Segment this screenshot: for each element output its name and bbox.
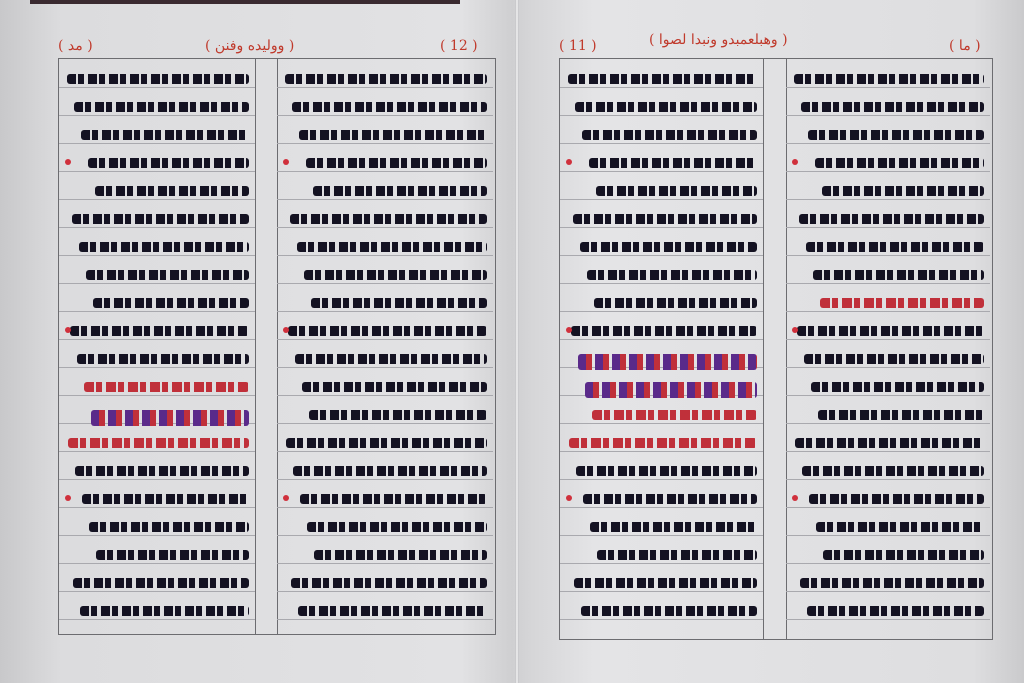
red-punctuation-mark [566, 159, 572, 165]
ruled-line [786, 479, 990, 480]
ruled-line [786, 563, 990, 564]
script-text-line [297, 242, 487, 252]
ruled-line [59, 591, 255, 592]
script-text-line [795, 438, 984, 448]
ruled-line [277, 311, 493, 312]
ruled-line [59, 283, 255, 284]
left-column-divider-2 [277, 59, 278, 634]
script-text-line [311, 298, 487, 308]
script-text-line [304, 270, 487, 280]
script-text-line [314, 550, 487, 560]
ruled-line [59, 199, 255, 200]
red-punctuation-mark [792, 495, 798, 501]
script-text-line [823, 550, 984, 560]
script-text-line [291, 578, 487, 588]
ruled-line [560, 619, 763, 620]
ruled-line [560, 87, 763, 88]
script-text-line [575, 102, 757, 112]
ruled-line [786, 143, 990, 144]
ruled-line [786, 591, 990, 592]
ruled-line [59, 479, 255, 480]
ruled-line [786, 199, 990, 200]
ruled-line [560, 451, 763, 452]
ruled-line [786, 227, 990, 228]
ruled-line [786, 619, 990, 620]
right-page: ( 11 ) ( وهبلعمبدو ونبدا لصوا ) ( ما ) [519, 0, 1024, 683]
script-text-line [576, 466, 757, 476]
manuscript-spread: ( مد ) ( ووليده وفنن ) ( 12 ) ( 11 ) ( و… [0, 0, 1024, 683]
left-column-divider [255, 59, 256, 634]
red-punctuation-mark [283, 495, 289, 501]
script-text-line [580, 242, 757, 252]
script-text-line [582, 130, 757, 140]
script-text-line [809, 494, 984, 504]
ruled-line [59, 395, 255, 396]
ruled-line [277, 339, 493, 340]
ruled-line [59, 507, 255, 508]
script-text-line [802, 466, 984, 476]
script-text-line [288, 326, 487, 336]
ruled-line [786, 451, 990, 452]
ruled-line [59, 311, 255, 312]
ruled-line [277, 535, 493, 536]
ruled-line [59, 255, 255, 256]
script-text-line [299, 130, 487, 140]
script-text-line [88, 158, 249, 168]
script-text-line [77, 354, 249, 364]
script-text-line [306, 158, 487, 168]
rubric-text-line [84, 382, 249, 392]
ruled-line [560, 227, 763, 228]
script-text-line [799, 214, 984, 224]
ruled-line [560, 171, 763, 172]
script-text-line [293, 466, 487, 476]
script-text-line [583, 494, 757, 504]
ruled-line [786, 395, 990, 396]
script-text-line [596, 186, 757, 196]
ruled-line [277, 563, 493, 564]
script-text-line [808, 130, 984, 140]
script-text-line [807, 606, 984, 616]
script-text-line [589, 158, 757, 168]
ruled-line [277, 507, 493, 508]
ruled-line [786, 311, 990, 312]
ruled-line [786, 283, 990, 284]
ruled-line [59, 563, 255, 564]
script-text-line [804, 354, 984, 364]
ruled-line [59, 87, 255, 88]
right-page-running-title: ( وهبلعمبدو ونبدا لصوا ) [649, 32, 788, 48]
red-punctuation-mark [566, 327, 572, 333]
script-text-line [590, 522, 757, 532]
ruled-line [59, 367, 255, 368]
ruled-line [59, 451, 255, 452]
ruled-line [786, 339, 990, 340]
ruled-line [277, 143, 493, 144]
script-text-line [800, 578, 984, 588]
ruled-line [277, 423, 493, 424]
script-text-line [818, 410, 984, 420]
script-text-line [587, 270, 757, 280]
right-column-divider-2 [786, 59, 787, 639]
rubric-text-line [68, 438, 249, 448]
script-text-line [73, 578, 249, 588]
ruled-line [560, 115, 763, 116]
ruled-line [786, 255, 990, 256]
ruled-line [560, 535, 763, 536]
script-text-line [811, 382, 984, 392]
rubric-text-line [585, 382, 757, 398]
left-page-marker: ( مد ) [58, 38, 93, 54]
ruled-line [277, 619, 493, 620]
script-text-line [815, 158, 984, 168]
ruled-line [560, 563, 763, 564]
left-page-running-title: ( ووليده وفنن ) [205, 38, 294, 54]
ruled-line [277, 367, 493, 368]
rubric-text-line [91, 410, 249, 426]
ruled-line [560, 255, 763, 256]
script-text-line [597, 550, 757, 560]
script-text-line [72, 214, 249, 224]
script-text-line [89, 522, 249, 532]
ruled-line [277, 227, 493, 228]
ruled-line [560, 143, 763, 144]
script-text-line [295, 354, 487, 364]
ruled-line [786, 423, 990, 424]
ruled-line [59, 115, 255, 116]
script-text-line [571, 326, 757, 336]
script-text-line [313, 186, 487, 196]
right-text-frame [559, 58, 993, 640]
script-text-line [797, 326, 984, 336]
ruled-line [277, 283, 493, 284]
script-text-line [86, 270, 249, 280]
red-punctuation-mark [566, 495, 572, 501]
right-page-number: ( 11 ) [559, 38, 597, 54]
red-punctuation-mark [283, 159, 289, 165]
script-text-line [285, 74, 487, 84]
red-punctuation-mark [792, 327, 798, 333]
right-page-marker: ( ما ) [949, 38, 981, 54]
red-punctuation-mark [283, 327, 289, 333]
ruled-line [560, 199, 763, 200]
script-text-line [806, 242, 984, 252]
ruled-line [560, 479, 763, 480]
right-column-divider [763, 59, 764, 639]
ruled-line [277, 451, 493, 452]
script-text-line [75, 466, 249, 476]
ruled-line [560, 311, 763, 312]
ruled-line [786, 171, 990, 172]
script-text-line [93, 298, 249, 308]
ruled-line [560, 283, 763, 284]
red-punctuation-mark [65, 159, 71, 165]
left-page-number: ( 12 ) [440, 38, 478, 54]
script-text-line [573, 214, 757, 224]
ruled-line [277, 591, 493, 592]
ruled-line [560, 507, 763, 508]
script-text-line [581, 606, 757, 616]
ruled-line [59, 619, 255, 620]
rubric-text-line [569, 438, 757, 448]
script-text-line [95, 186, 249, 196]
script-text-line [96, 550, 249, 560]
script-text-line [290, 214, 487, 224]
ruled-line [786, 507, 990, 508]
script-text-line [309, 410, 487, 420]
script-text-line [822, 186, 984, 196]
left-text-frame [58, 58, 496, 635]
script-text-line [300, 494, 487, 504]
rubric-text-line [592, 410, 757, 420]
script-text-line [816, 522, 984, 532]
ruled-line [560, 591, 763, 592]
script-text-line [70, 326, 249, 336]
red-punctuation-mark [65, 495, 71, 501]
script-text-line [794, 74, 984, 84]
script-text-line [594, 298, 757, 308]
ruled-line [786, 87, 990, 88]
script-text-line [67, 74, 249, 84]
rubric-text-line [820, 298, 984, 308]
red-punctuation-mark [792, 159, 798, 165]
ruled-line [277, 395, 493, 396]
script-text-line [801, 102, 984, 112]
ruled-line [59, 143, 255, 144]
red-punctuation-mark [65, 327, 71, 333]
script-text-line [286, 438, 487, 448]
ruled-line [277, 87, 493, 88]
ruled-line [277, 171, 493, 172]
ruled-line [277, 199, 493, 200]
script-text-line [307, 522, 487, 532]
ruled-line [59, 535, 255, 536]
script-text-line [574, 578, 757, 588]
script-text-line [813, 270, 984, 280]
script-text-line [80, 606, 249, 616]
ruled-line [560, 339, 763, 340]
ruled-line [59, 339, 255, 340]
script-text-line [79, 242, 249, 252]
ruled-line [560, 423, 763, 424]
ruled-line [786, 367, 990, 368]
ruled-line [786, 535, 990, 536]
script-text-line [302, 382, 487, 392]
script-text-line [74, 102, 249, 112]
ruled-line [277, 255, 493, 256]
script-text-line [81, 130, 249, 140]
ruled-line [786, 115, 990, 116]
ruled-line [59, 171, 255, 172]
ruled-line [59, 227, 255, 228]
left-page: ( مد ) ( ووليده وفنن ) ( 12 ) [0, 0, 515, 683]
script-text-line [568, 74, 757, 84]
script-text-line [82, 494, 249, 504]
ruled-line [277, 115, 493, 116]
ruled-line [277, 479, 493, 480]
rubric-text-line [578, 354, 757, 370]
script-text-line [298, 606, 487, 616]
script-text-line [292, 102, 487, 112]
